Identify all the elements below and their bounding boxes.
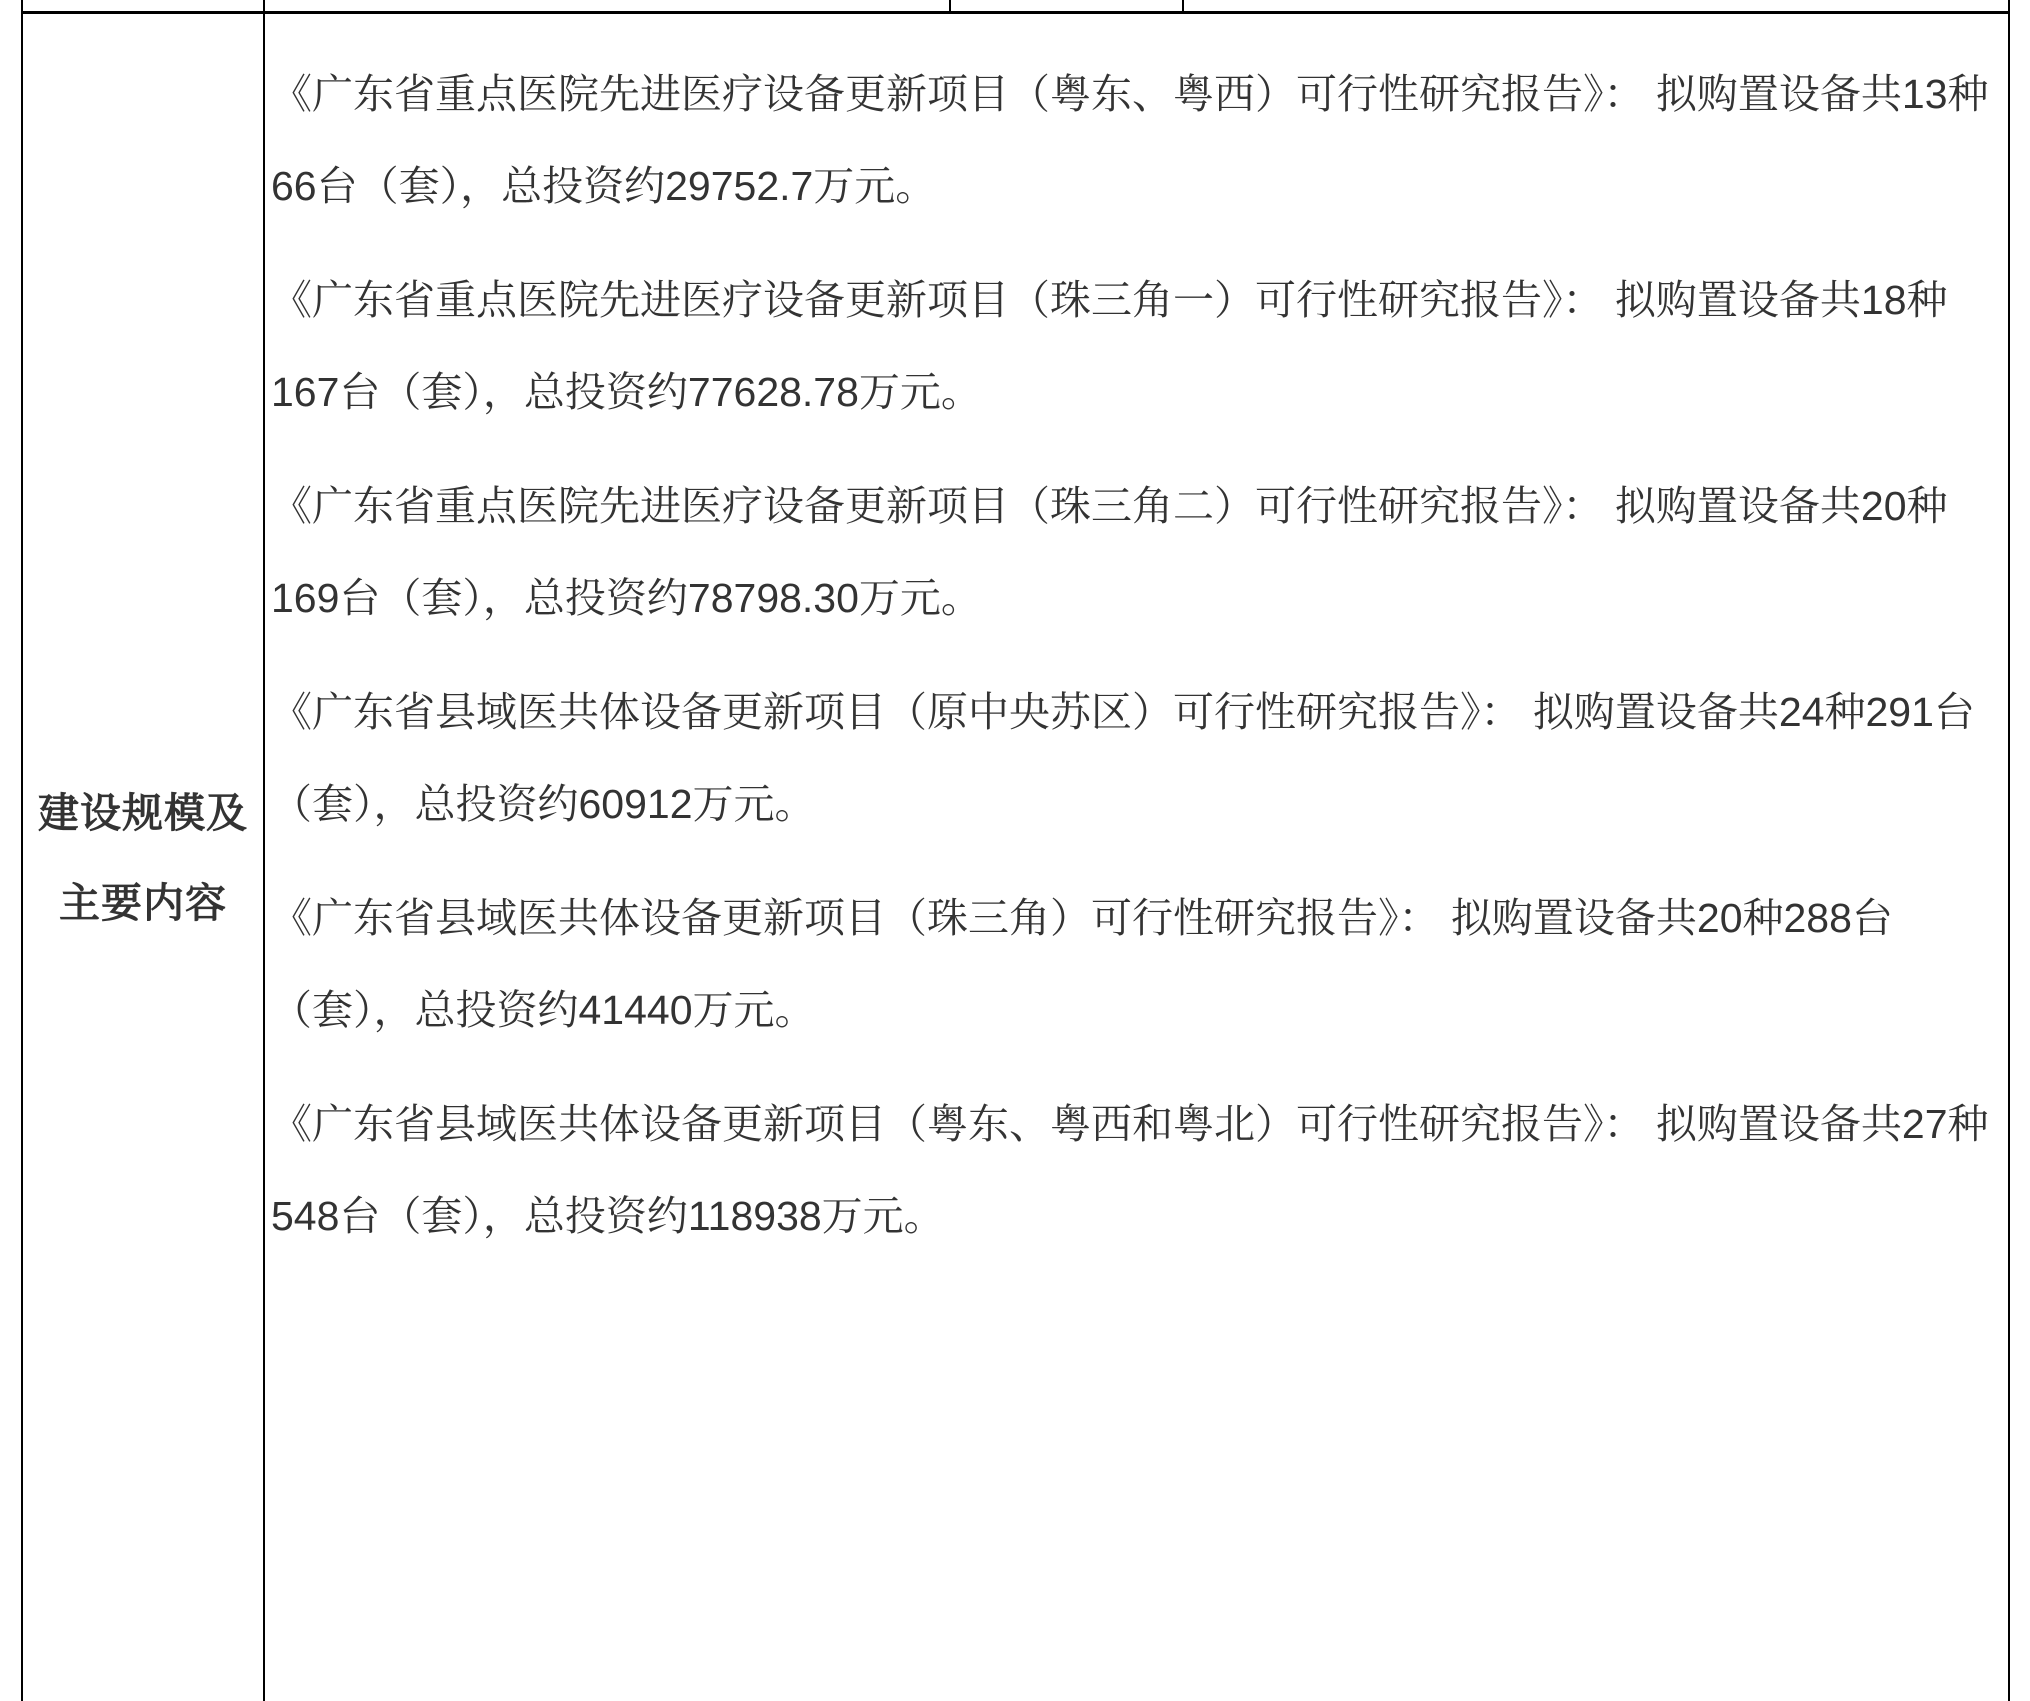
paragraph-line: 169台（套），总投资约78798.30万元。 <box>271 552 1990 644</box>
report-paragraph: 《广东省重点医院先进医疗设备更新项目（珠三角一）可行性研究报告》： 拟购置设备共… <box>271 254 1990 438</box>
construction-scale-row: 建设规模及 主要内容 《广东省重点医院先进医疗设备更新项目（粤东、粤西）可行性研… <box>23 14 2010 1260</box>
report-paragraph: 《广东省县域医共体设备更新项目（原中央苏区）可行性研究报告》： 拟购置设备共24… <box>271 666 1990 850</box>
paragraph-line: 《广东省县域医共体设备更新项目（原中央苏区）可行性研究报告》： 拟购置设备共24… <box>271 666 1990 758</box>
document-table: 建设规模及 主要内容 《广东省重点医院先进医疗设备更新项目（粤东、粤西）可行性研… <box>21 0 2010 1260</box>
previous-row-cell-4 <box>1184 0 2010 11</box>
paragraph-line: 《广东省县域医共体设备更新项目（粤东、粤西和粤北）可行性研究报告》： 拟购置设备… <box>271 1078 1990 1170</box>
paragraph-line: 《广东省重点医院先进医疗设备更新项目（珠三角一）可行性研究报告》： 拟购置设备共… <box>271 254 1990 346</box>
row-header-cell: 建设规模及 主要内容 <box>23 14 265 1260</box>
report-paragraph: 《广东省县域医共体设备更新项目（粤东、粤西和粤北）可行性研究报告》： 拟购置设备… <box>271 1078 1990 1260</box>
report-paragraph: 《广东省重点医院先进医疗设备更新项目（珠三角二）可行性研究报告》： 拟购置设备共… <box>271 460 1990 644</box>
row-header-label-line1: 建设规模及 <box>38 768 248 858</box>
previous-row-cell-1 <box>23 0 265 11</box>
report-paragraph: 《广东省重点医院先进医疗设备更新项目（粤东、粤西）可行性研究报告》： 拟购置设备… <box>271 48 1990 232</box>
previous-row-cell-3 <box>951 0 1184 11</box>
paragraph-line: （套），总投资约60912万元。 <box>271 758 1990 850</box>
previous-row-cell-2 <box>265 0 951 11</box>
report-paragraph: 《广东省县域医共体设备更新项目（珠三角）可行性研究报告》： 拟购置设备共20种2… <box>271 872 1990 1056</box>
row-content-cell: 《广东省重点医院先进医疗设备更新项目（粤东、粤西）可行性研究报告》： 拟购置设备… <box>265 14 2010 1260</box>
paragraph-line: 66台（套），总投资约29752.7万元。 <box>271 140 1990 232</box>
paragraph-line: （套），总投资约41440万元。 <box>271 964 1990 1056</box>
paragraph-line: 《广东省县域医共体设备更新项目（珠三角）可行性研究报告》： 拟购置设备共20种2… <box>271 872 1990 964</box>
paragraph-line: 167台（套），总投资约77628.78万元。 <box>271 346 1990 438</box>
row-header-label-line2: 主要内容 <box>59 858 227 948</box>
paragraph-line: 《广东省重点医院先进医疗设备更新项目（粤东、粤西）可行性研究报告》： 拟购置设备… <box>271 48 1990 140</box>
paragraph-line: 《广东省重点医院先进医疗设备更新项目（珠三角二）可行性研究报告》： 拟购置设备共… <box>271 460 1990 552</box>
paragraph-line: 548台（套），总投资约118938万元。 <box>271 1170 1990 1260</box>
previous-row-cutoff <box>23 0 2010 14</box>
